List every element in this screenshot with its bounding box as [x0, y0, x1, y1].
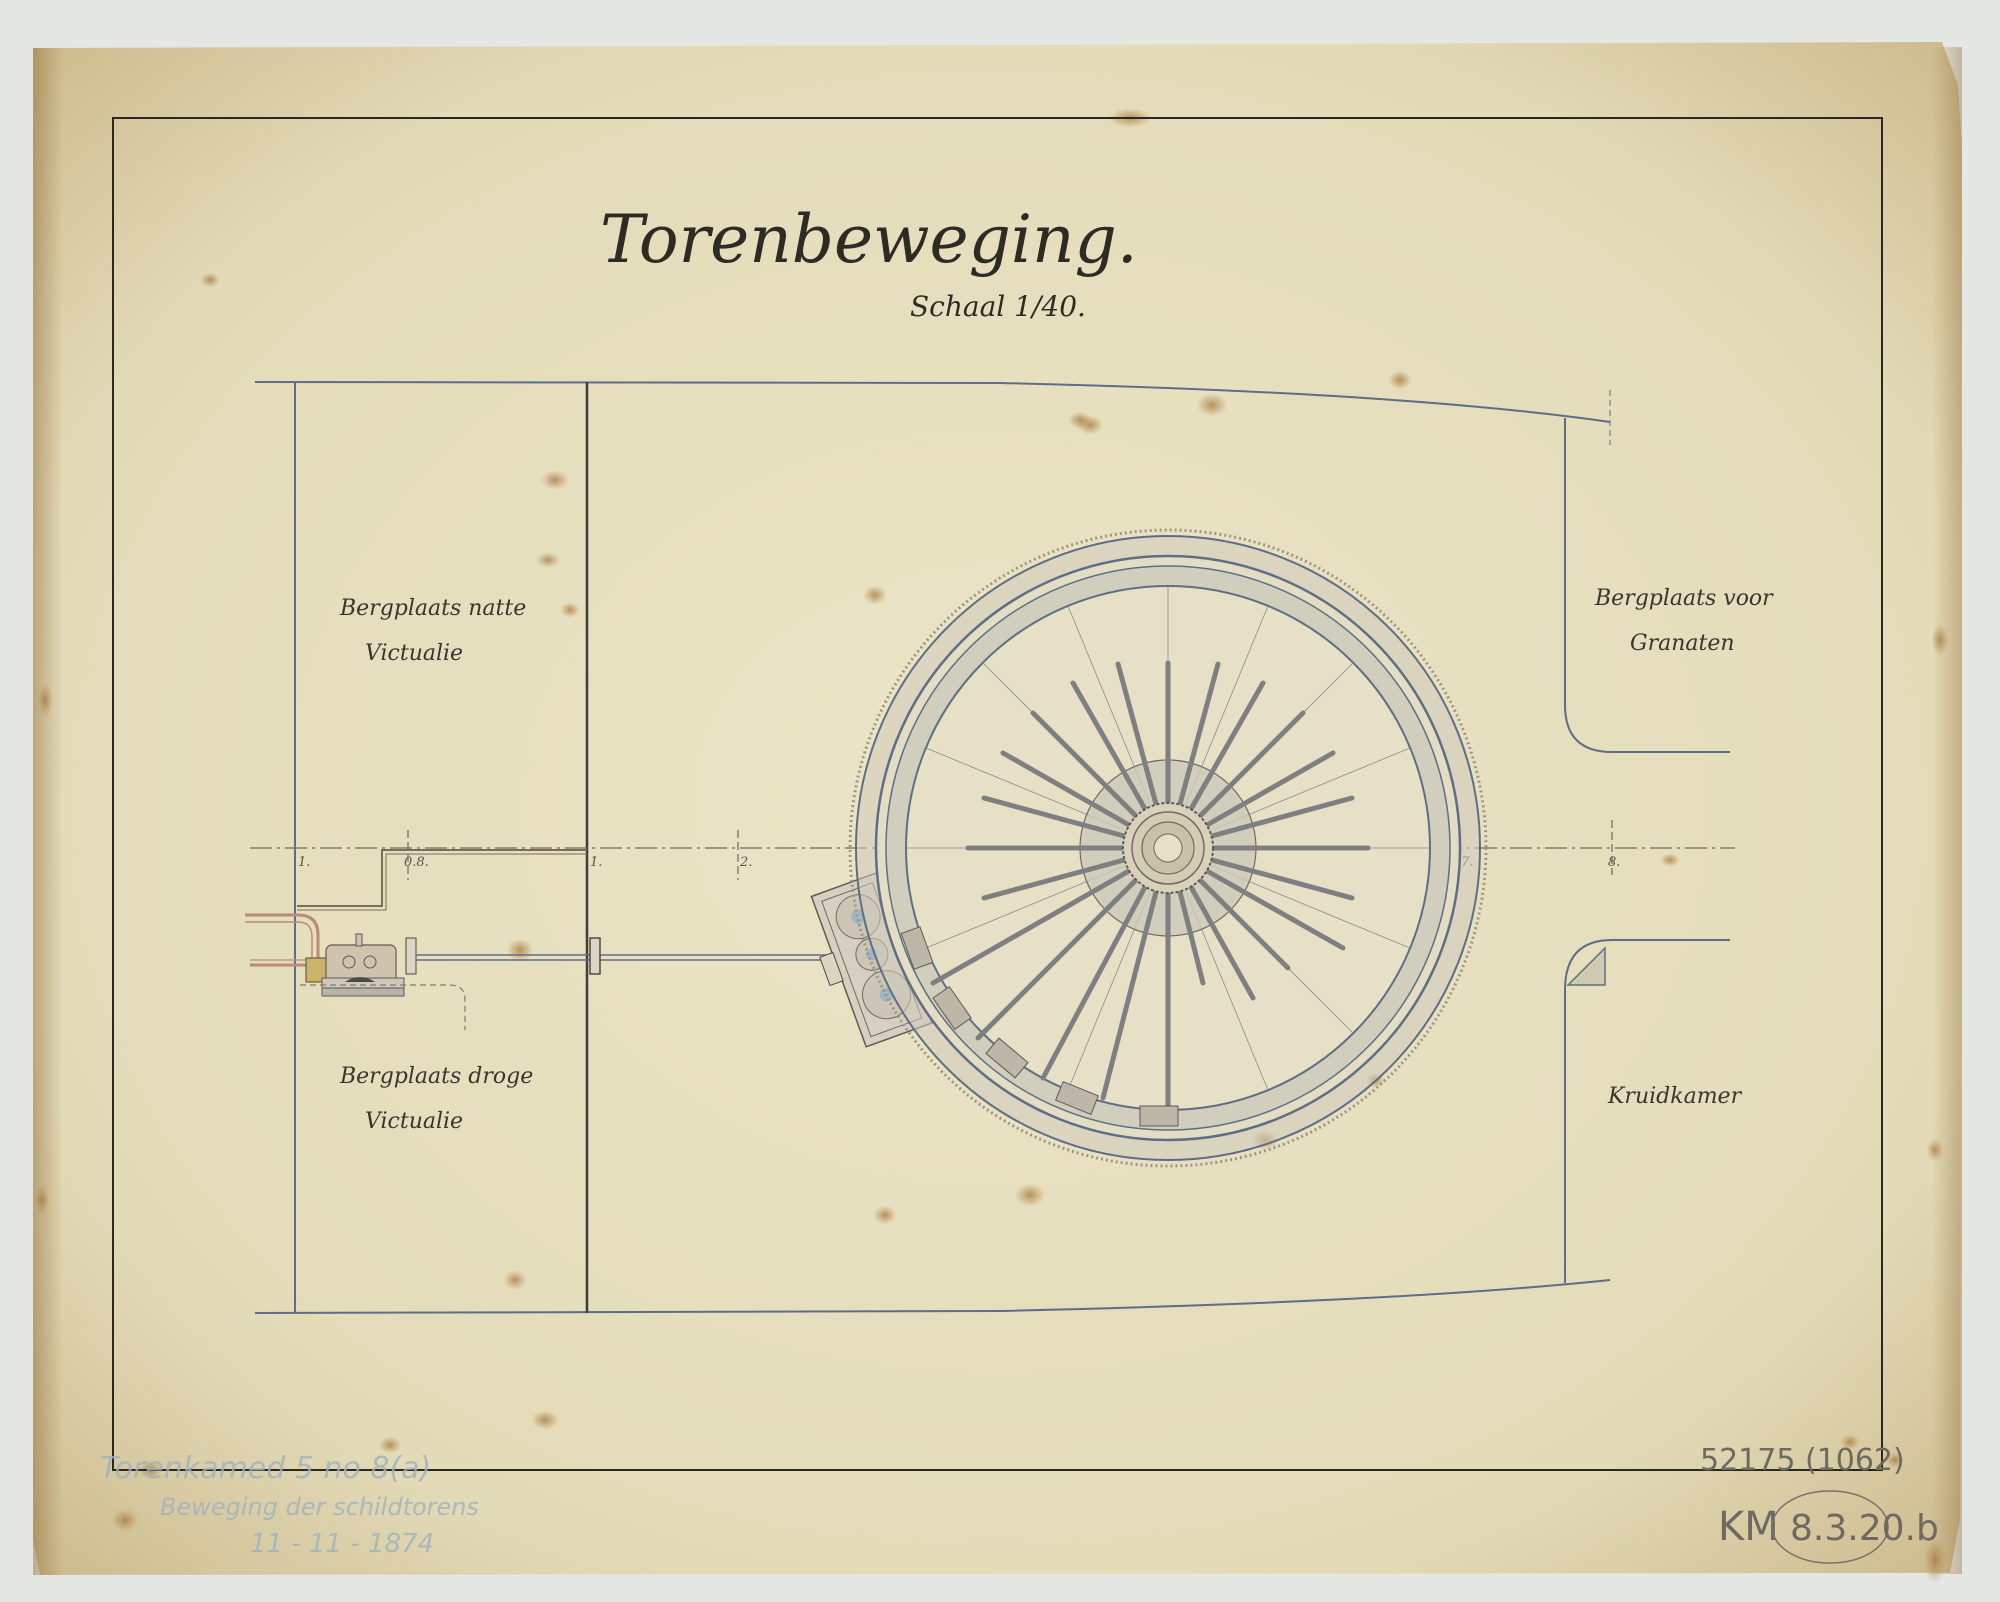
- svg-text:Bergplaats natte: Bergplaats natte: [339, 596, 526, 621]
- svg-text:8.: 8.: [1608, 855, 1620, 870]
- drawing-title: Torenbeweging.: [600, 201, 1138, 278]
- svg-text:Bergplaats droge: Bergplaats droge: [339, 1064, 533, 1089]
- svg-text:52175 (1062): 52175 (1062): [1700, 1443, 1905, 1478]
- svg-text:Beweging der schildtorens: Beweging der schildtorens: [160, 1493, 479, 1521]
- compartment-label-kruitkamer: Kruidkamer: [1607, 1084, 1743, 1109]
- svg-text:KM: KM: [1718, 1504, 1779, 1550]
- svg-text:Kruidkamer: Kruidkamer: [1607, 1084, 1743, 1109]
- archive-inventory-number: 52175 (1062): [1700, 1443, 1905, 1478]
- svg-text:11 - 11 - 1874: 11 - 11 - 1874: [250, 1529, 434, 1559]
- svg-text:1.: 1.: [590, 855, 602, 870]
- svg-text:Victualie: Victualie: [365, 1109, 463, 1134]
- svg-text:8.3.20.b: 8.3.20.b: [1790, 1508, 1939, 1549]
- svg-text:0.8.: 0.8.: [404, 855, 429, 870]
- technical-drawing-sheet: Torenbeweging. Schaal 1/40. 1. 0.8. 1. 2…: [0, 0, 2000, 1602]
- scale-label: Schaal 1/40.: [910, 290, 1086, 323]
- svg-text:Victualie: Victualie: [365, 641, 463, 666]
- svg-text:1.: 1.: [298, 855, 310, 870]
- svg-text:2.: 2.: [739, 855, 752, 870]
- svg-text:Bergplaats voor: Bergplaats voor: [1594, 586, 1774, 611]
- svg-text:Granaten: Granaten: [1630, 631, 1735, 656]
- svg-text:Torenkamed 5 no 8(a): Torenkamed 5 no 8(a): [100, 1451, 431, 1486]
